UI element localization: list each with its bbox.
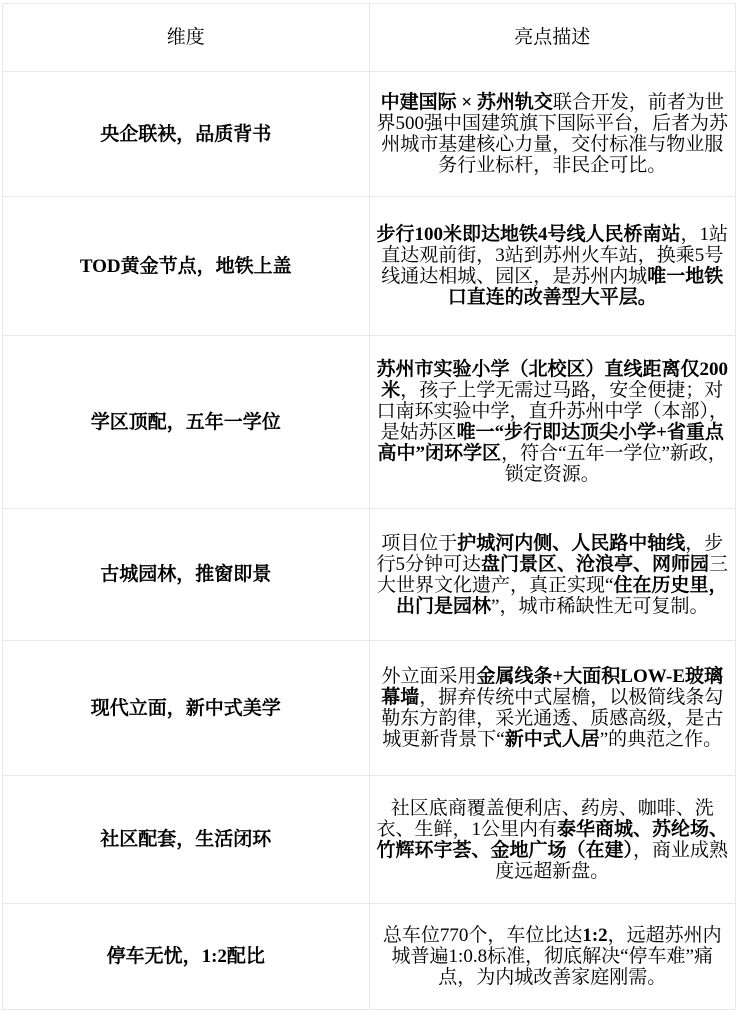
description-bold-segment: 护城河内侧、人民路中轴线 xyxy=(457,533,685,554)
dimension-cell: 社区配套，生活闭环 xyxy=(3,776,370,904)
column-header-description: 亮点描述 xyxy=(369,4,736,72)
table-row: TOD黄金节点，地铁上盖步行100米即达地铁4号线人民桥南站，1站直达观前街，3… xyxy=(3,197,736,336)
header-row: 维度 亮点描述 xyxy=(3,4,736,72)
description-bold-segment: 1:2 xyxy=(582,925,607,946)
description-text-segment: 外立面采用 xyxy=(381,666,476,687)
column-header-dimension: 维度 xyxy=(3,4,370,72)
table-row: 现代立面，新中式美学外立面采用金属线条+大面积LOW-E玻璃幕墙，摒弃传统中式屋… xyxy=(3,641,736,776)
description-text-segment: 总车位770个，车位比达 xyxy=(383,925,583,946)
description-cell: 外立面采用金属线条+大面积LOW-E玻璃幕墙，摒弃传统中式屋檐，以极简线条勾勒东… xyxy=(369,641,736,776)
table-row: 社区配套，生活闭环社区底商覆盖便利店、药房、咖啡、洗衣、生鲜，1公里内有泰华商城… xyxy=(3,776,736,904)
description-bold-segment: 步行100米即达地铁4号线人民桥南站 xyxy=(376,224,680,245)
table-row: 停车无忧，1:2配比总车位770个，车位比达1:2，远超苏州内城普遍1:0.8标… xyxy=(3,904,736,1010)
description-cell: 社区底商覆盖便利店、药房、咖啡、洗衣、生鲜，1公里内有泰华商城、苏纶场、竹辉环宇… xyxy=(369,776,736,904)
dimension-cell: 现代立面，新中式美学 xyxy=(3,641,370,776)
dimension-cell: 学区顶配，五年一学位 xyxy=(3,336,370,509)
description-text-segment: ”，城市稀缺性无可复制。 xyxy=(491,596,708,617)
dimension-cell: 央企联袂，品质背书 xyxy=(3,72,370,197)
description-cell: 苏州市实验小学（北校区）直线距离仅200米，孩子上学无需过马路，安全便捷；对口南… xyxy=(369,336,736,509)
description-cell: 项目位于护城河内侧、人民路中轴线，步行5分钟可达盘门景区、沧浪亭、网师园三大世界… xyxy=(369,509,736,641)
description-cell: 中建国际 × 苏州轨交联合开发，前者为世界500强中国建筑旗下国际平台，后者为苏… xyxy=(369,72,736,197)
table-row: 学区顶配，五年一学位苏州市实验小学（北校区）直线距离仅200米，孩子上学无需过马… xyxy=(3,336,736,509)
dimension-cell: 古城园林，推窗即景 xyxy=(3,509,370,641)
description-bold-segment: 盘门景区、沧浪亭、网师园 xyxy=(481,554,709,575)
dimension-cell: TOD黄金节点，地铁上盖 xyxy=(3,197,370,336)
dimension-cell: 停车无忧，1:2配比 xyxy=(3,904,370,1010)
description-text-segment: ”的典范之作。 xyxy=(600,729,722,750)
table-row: 古城园林，推窗即景项目位于护城河内侧、人民路中轴线，步行5分钟可达盘门景区、沧浪… xyxy=(3,509,736,641)
description-text-segment: 项目位于 xyxy=(381,533,457,554)
description-bold-segment: 中建国际 × 苏州轨交 xyxy=(381,92,553,113)
description-cell: 步行100米即达地铁4号线人民桥南站，1站直达观前街，3站到苏州火车站，换乘5号… xyxy=(369,197,736,336)
description-text-segment: ，符合“五年一学位”新政，锁定资源。 xyxy=(501,443,727,485)
highlights-table: 维度 亮点描述 央企联袂，品质背书中建国际 × 苏州轨交联合开发，前者为世界50… xyxy=(2,3,736,1010)
table-row: 央企联袂，品质背书中建国际 × 苏州轨交联合开发，前者为世界500强中国建筑旗下… xyxy=(3,72,736,197)
description-cell: 总车位770个，车位比达1:2，远超苏州内城普遍1:0.8标准，彻底解决“停车难… xyxy=(369,904,736,1010)
description-bold-segment: 新中式人居 xyxy=(505,729,600,750)
